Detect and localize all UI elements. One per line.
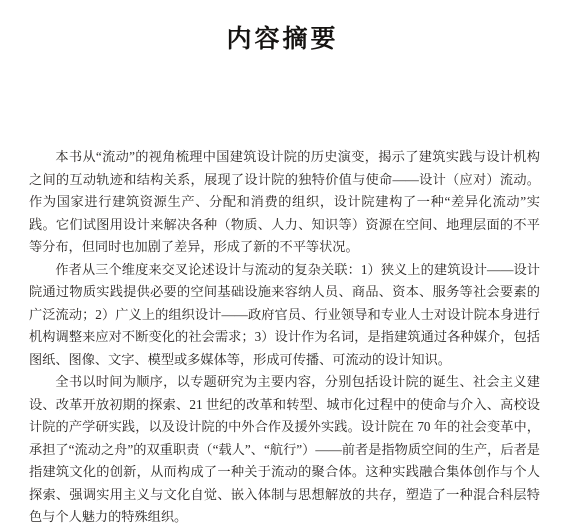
abstract-paragraph-1: 本书从“流动”的视角梳理中国建筑设计院的历史演变，揭示了建筑实践与设计机构之间的… — [29, 146, 540, 259]
abstract-page: 内容摘要 本书从“流动”的视角梳理中国建筑设计院的历史演变，揭示了建筑实践与设计… — [0, 0, 565, 532]
page-title: 内容摘要 — [0, 0, 565, 55]
abstract-body: 本书从“流动”的视角梳理中国建筑设计院的历史演变，揭示了建筑实践与设计机构之间的… — [29, 146, 540, 529]
abstract-paragraph-3: 全书以时间为顺序，以专题研究为主要内容，分别包括设计院的诞生、社会主义建设、改革… — [29, 371, 540, 529]
abstract-paragraph-2: 作者从三个维度来交叉论述设计与流动的复杂关联：1）狭义上的建筑设计——设计院通过… — [29, 259, 540, 372]
